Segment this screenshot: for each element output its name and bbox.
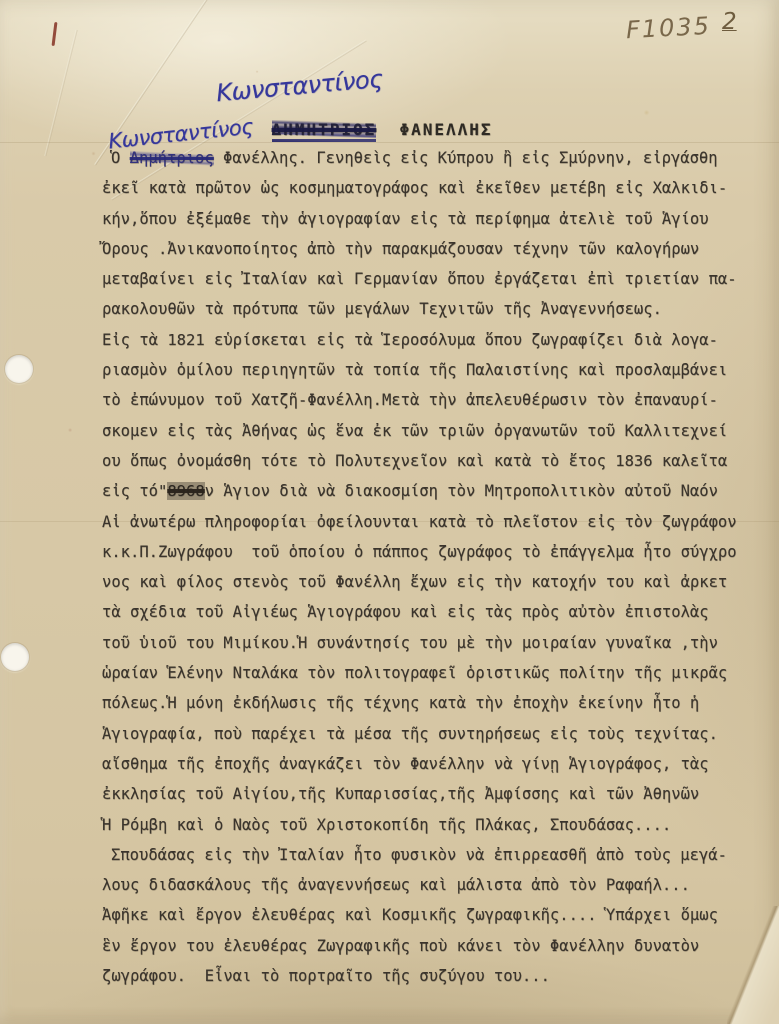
typed-text: τὸ ἐπώνυμον τοῦ Χατζῆ-Φανέλλη.Μετὰ τὴν ἀ…: [102, 391, 718, 409]
typed-line: Ἁγιογραφία, ποὺ παρέχει τὰ μέσα τῆς συντ…: [102, 719, 757, 749]
typed-line: κήν,ὅπου ἐξέμαθε τὴν ἁγιογραφίαν εἰς τὰ …: [102, 204, 757, 234]
typed-line: Ἡ Ρόμβη καὶ ὁ Ναὸς τοῦ Χριστοκοπίδη τῆς …: [102, 810, 757, 840]
typed-line: τὸ ἐπώνυμον τοῦ Χατζῆ-Φανέλλη.Μετὰ τὴν ἀ…: [102, 385, 757, 415]
typed-line: μεταβαίνει εἰς Ἰταλίαν καὶ Γερμανίαν ὅπο…: [102, 264, 757, 294]
typed-text: ζωγράφου. Εἶναι τὸ πορτραῖτο τῆς συζύγου…: [102, 967, 550, 985]
typed-text: Αἱ ἀνωτέρω πληροφορίαι ὀφείλουνται κατὰ …: [102, 513, 737, 531]
typed-text: μεταβαίνει εἰς Ἰταλίαν καὶ Γερμανίαν ὅπο…: [102, 270, 737, 288]
typed-text: Φανέλλης. Γενηθεὶς εἰς Κύπρου ἢ εἰς Σμύρ…: [214, 149, 718, 167]
typed-line: εἰς τό"8968ν Ἁγιον διὰ νὰ διακοσμίση τὸν…: [102, 476, 757, 506]
punch-hole: [5, 355, 33, 383]
typed-text: ἓν ἔργον του ἐλευθέρας Ζωγραφικῆς ποὺ κά…: [102, 937, 699, 955]
typed-line: ἐκκλησίας τοῦ Αἰγίου,τῆς Κυπαρισσίας,τῆς…: [102, 779, 757, 809]
typed-line: Σπουδάσας εἰς τὴν Ἰταλίαν ἦτο φυσικὸν νὰ…: [102, 840, 757, 870]
typed-line: αἴσθημα τῆς ἐποχῆς ἀναγκάζει τὸν Φανέλλη…: [102, 749, 757, 779]
heading-struck-first-name: ΔΗΜΗΤΡΙΟΣ: [272, 120, 377, 142]
typed-line: τὰ σχέδια τοῦ Αἰγιέως Ἁγιογράφου καὶ εἰς…: [102, 597, 757, 627]
typed-line: πόλεως.Ἡ μόνη ἐκδήλωσις τῆς τέχνης κατὰ …: [102, 688, 757, 718]
typed-text: ὡραίαν Ἑλένην Νταλάκα τὸν πολιτογραφεῖ ὁ…: [102, 664, 727, 682]
typed-line: τοῦ ὑιοῦ του Μιμίκου.Ἡ συνάντησίς του μὲ…: [102, 628, 757, 658]
typed-text: Ἁγιογραφία, ποὺ παρέχει τὰ μέσα τῆς συντ…: [102, 725, 718, 743]
red-ink-mark: [52, 22, 58, 46]
typed-line: ρακολουθῶν τὰ πρότυπα τῶν μεγάλων Τεχνιτ…: [102, 294, 757, 324]
typed-text: ριασμὸν ὁμίλου περιηγητῶν τὰ τοπία τῆς Π…: [102, 361, 727, 379]
typed-text: ἐκεῖ κατὰ πρῶτον ὡς κοσμηματογράφος καὶ …: [102, 179, 727, 197]
typed-text: κ.κ.Π.Ζωγράφου τοῦ ὁποίου ὁ πάππος ζωγρά…: [102, 543, 737, 561]
typed-text: εἰς τό": [102, 482, 167, 500]
typed-line: ἐκεῖ κατὰ πρῶτον ὡς κοσμηματογράφος καὶ …: [102, 173, 757, 203]
typed-line: ριασμὸν ὁμίλου περιηγητῶν τὰ τοπία τῆς Π…: [102, 355, 757, 385]
typed-line: λους διδασκάλους τῆς ἀναγεννήσεως καὶ μά…: [102, 870, 757, 900]
typed-line: ὡραίαν Ἑλένην Νταλάκα τὸν πολιτογραφεῖ ὁ…: [102, 658, 757, 688]
typed-line: σκομεν εἰς τὰς Ἀθήνας ὡς ἕνα ἐκ τῶν τριῶ…: [102, 416, 757, 446]
struck-text: 8968: [167, 482, 204, 500]
catalog-code: F1035: [625, 12, 711, 44]
typed-text: ρακολουθῶν τὰ πρότυπα τῶν μεγάλων Τεχνιτ…: [102, 300, 662, 318]
typed-text: τοῦ ὑιοῦ του Μιμίκου.Ἡ συνάντησίς του μὲ…: [102, 634, 718, 652]
typed-line: Ὁ Δημήτριος Φανέλλης. Γενηθεὶς εἰς Κύπρο…: [102, 143, 757, 173]
typed-line: ἓν ἔργον του ἐλευθέρας Ζωγραφικῆς ποὺ κά…: [102, 931, 757, 961]
typed-text: αἴσθημα τῆς ἐποχῆς ἀναγκάζει τὸν Φανέλλη…: [102, 755, 709, 773]
typed-text: ἐκκλησίας τοῦ Αἰγίου,τῆς Κυπαρισσίας,τῆς…: [102, 785, 699, 803]
typed-text: Εἰς τὰ 1821 εὑρίσκεται εἰς τὰ Ἱεροσόλυμα…: [102, 331, 718, 349]
typed-text: πόλεως.Ἡ μόνη ἐκδήλωσις τῆς τέχνης κατὰ …: [102, 694, 699, 712]
typed-text: λους διδασκάλους τῆς ἀναγεννήσεως καὶ μά…: [102, 876, 690, 894]
typed-text: τὰ σχέδια τοῦ Αἰγιέως Ἁγιογράφου καὶ εἰς…: [102, 603, 709, 621]
typed-line: νος καὶ φίλος στενὸς τοῦ Φανέλλη ἔχων εἰ…: [102, 567, 757, 597]
typed-text: Ὄρους .Ἀνικανοποίητος ἀπὸ τὴν παρακμάζου…: [102, 240, 699, 258]
page-number: 2: [722, 9, 737, 35]
typed-line: ζωγράφου. Εἶναι τὸ πορτραῖτο τῆς συζύγου…: [102, 961, 757, 991]
typed-text: Ἡ Ρόμβη καὶ ὁ Ναὸς τοῦ Χριστοκοπίδη τῆς …: [102, 816, 671, 834]
typed-line: ου ὅπως ὀνομάσθη τότε τὸ Πολυτεχνεῖον κα…: [102, 446, 757, 476]
typed-line: Εἰς τὰ 1821 εὑρίσκεται εἰς τὰ Ἱεροσόλυμα…: [102, 325, 757, 355]
typed-line: Ὄρους .Ἀνικανοποίητος ἀπὸ τὴν παρακμάζου…: [102, 234, 757, 264]
typed-text: Σπουδάσας εἰς τὴν Ἰταλίαν ἦτο φυσικὸν νὰ…: [111, 846, 727, 864]
typed-text: νος καὶ φίλος στενὸς τοῦ Φανέλλη ἔχων εἰ…: [102, 573, 727, 591]
typed-text: κήν,ὅπου ἐξέμαθε τὴν ἁγιογραφίαν εἰς τὰ …: [102, 210, 709, 228]
heading-surname: ΦΑΝΕΛΛΗΣ: [376, 120, 492, 139]
typed-text: Ἀφῆκε καὶ ἔργον ἐλευθέρας καὶ Κοσμικῆς ζ…: [102, 906, 718, 924]
typed-line: κ.κ.Π.Ζωγράφου τοῦ ὁποίου ὁ πάππος ζωγρά…: [102, 537, 757, 567]
scanned-document-page: F1035 2 Κωνσταντίνος Κωνσταντίνος ΔΗΜΗΤΡ…: [0, 0, 779, 1024]
typed-line: Αἱ ἀνωτέρω πληροφορίαι ὀφείλουνται κατὰ …: [102, 507, 757, 537]
typed-text: Ὁ: [111, 149, 130, 167]
struck-text: Δημήτριος: [130, 149, 214, 167]
typed-text: σκομεν εἰς τὰς Ἀθήνας ὡς ἕνα ἐκ τῶν τριῶ…: [102, 422, 727, 440]
punch-hole: [1, 643, 29, 671]
typed-text: ου ὅπως ὀνομάσθη τότε τὸ Πολυτεχνεῖον κα…: [102, 452, 727, 470]
typed-line: Ἀφῆκε καὶ ἔργον ἐλευθέρας καὶ Κοσμικῆς ζ…: [102, 900, 757, 930]
typed-text: ν Ἁγιον διὰ νὰ διακοσμίση τὸν Μητροπολιτ…: [205, 482, 718, 500]
paper-crease: [44, 30, 77, 157]
typed-text-block: Ὁ Δημήτριος Φανέλλης. Γενηθεὶς εἰς Κύπρο…: [102, 143, 757, 991]
